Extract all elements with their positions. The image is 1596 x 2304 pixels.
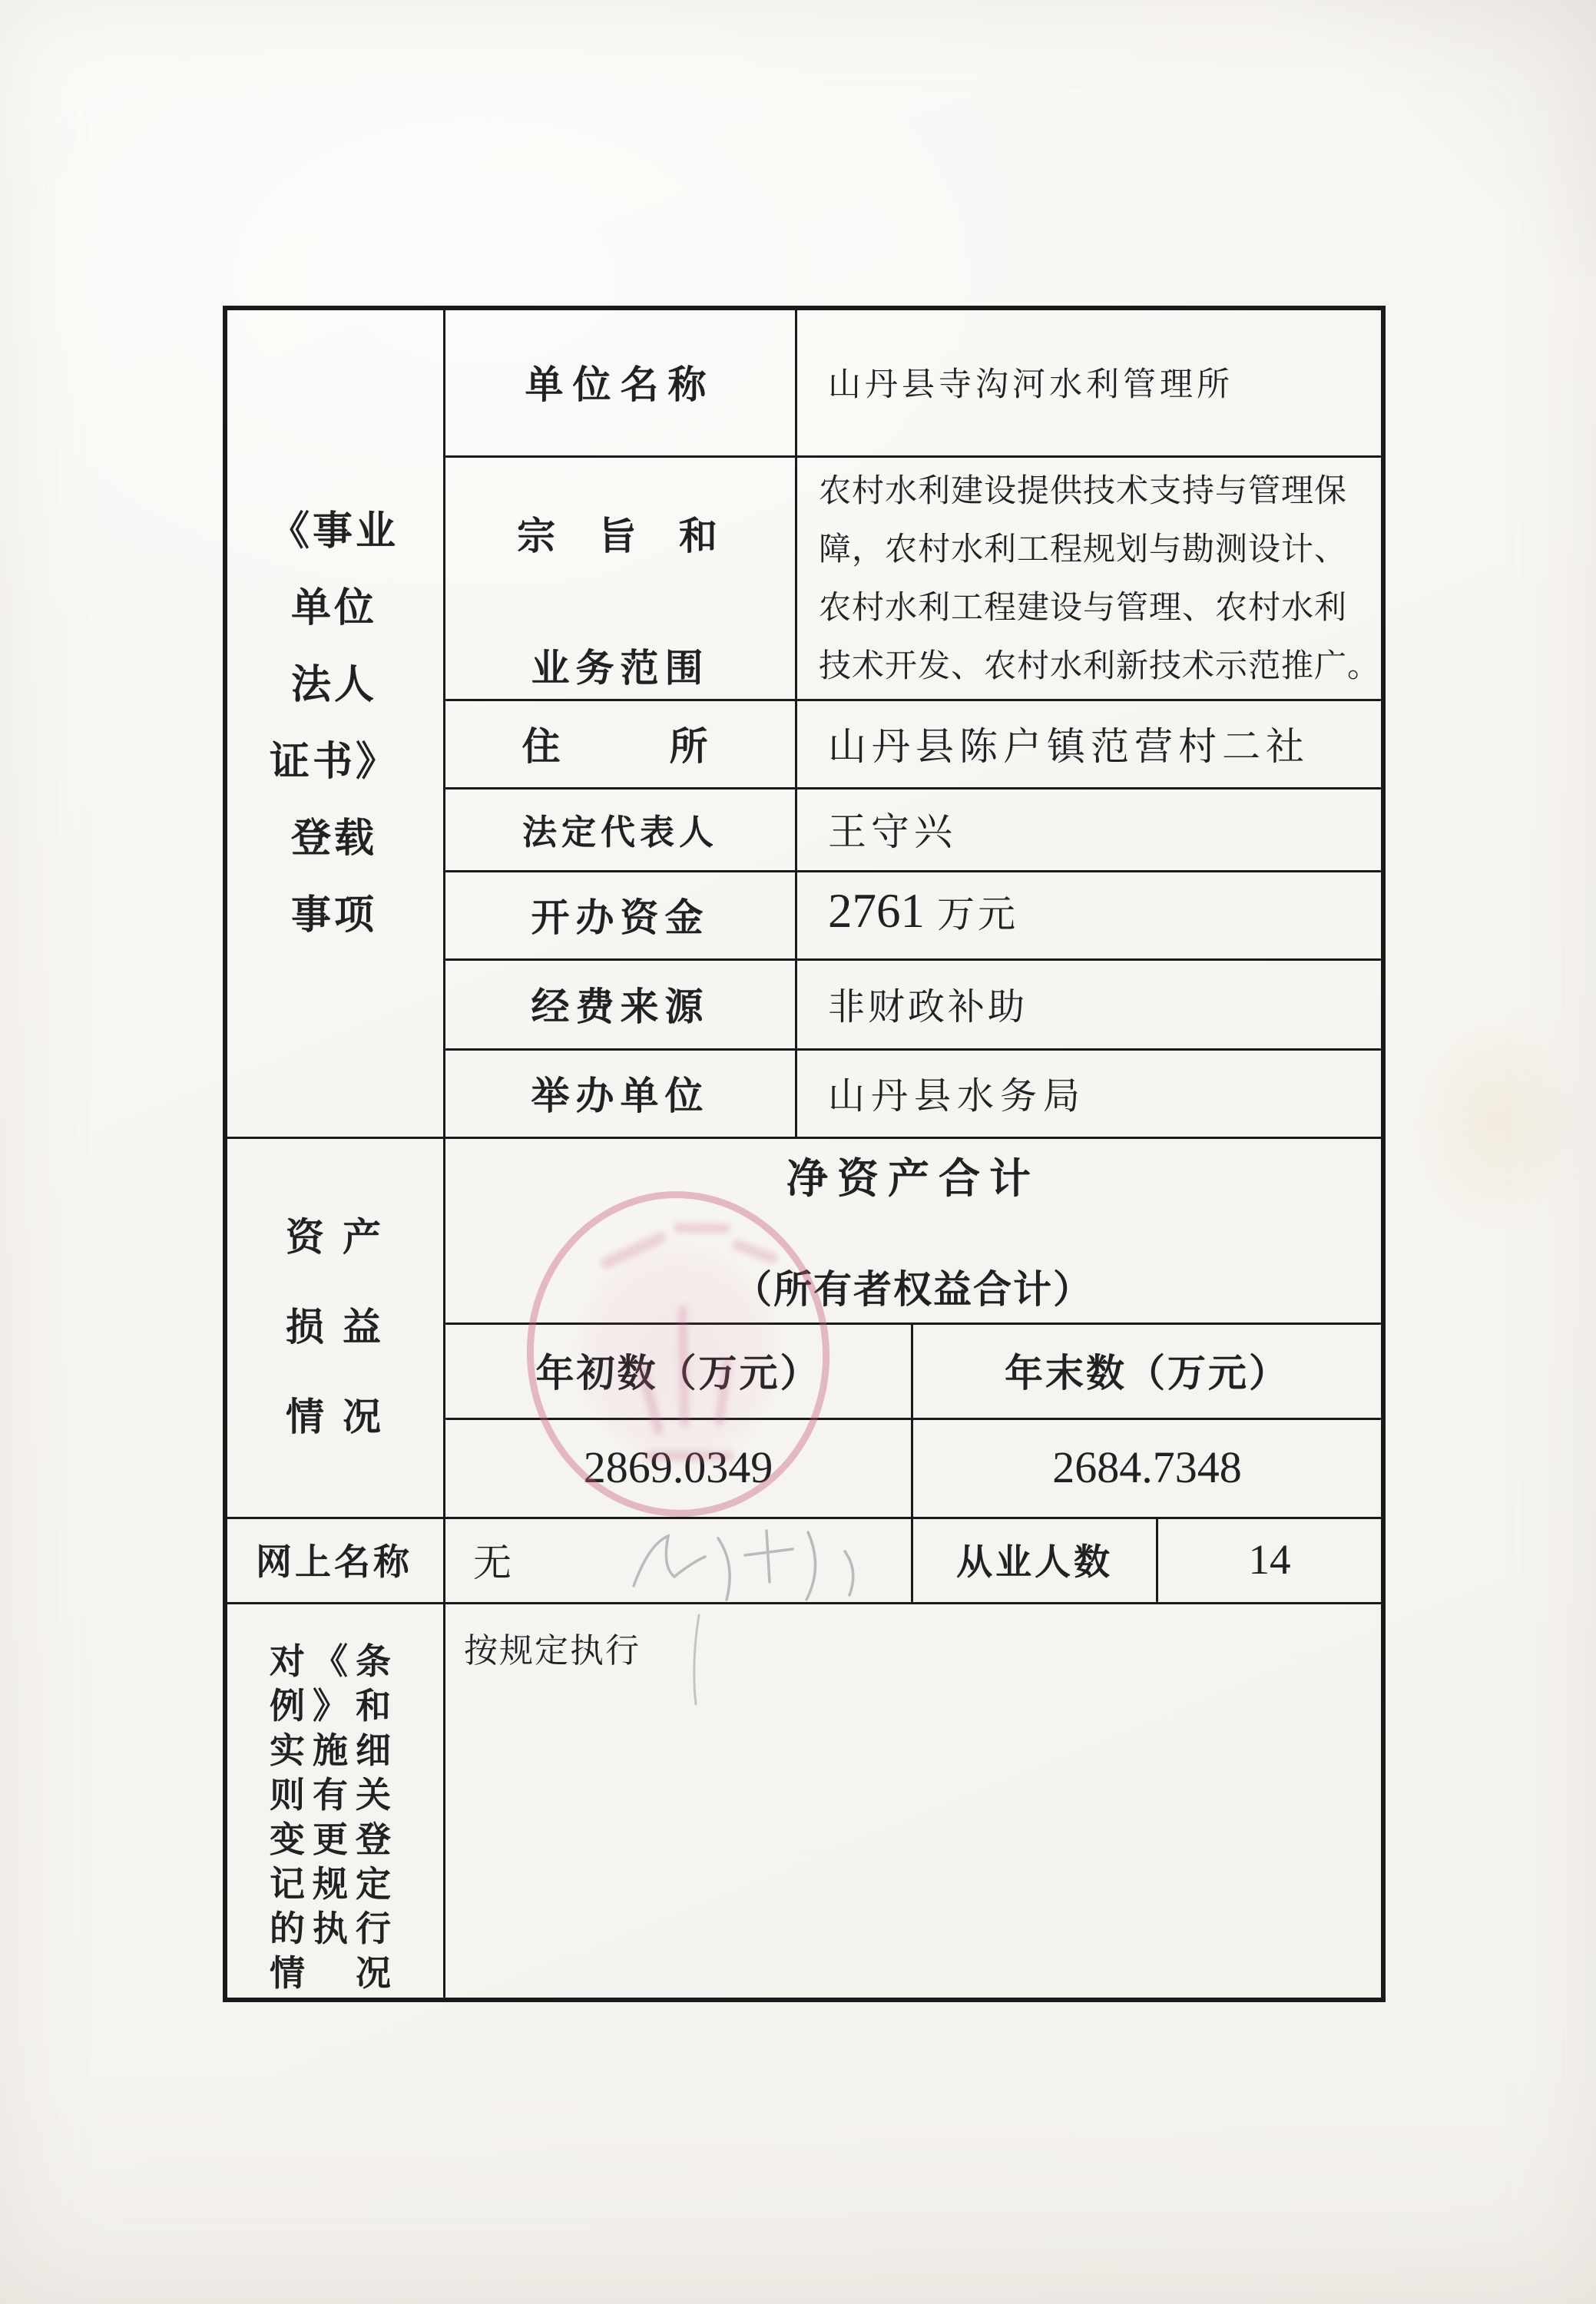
stamp-stroke xyxy=(644,1451,735,1461)
side-label-line: 对《条 xyxy=(270,1639,399,1683)
side-label-line: 的执行 xyxy=(270,1906,399,1951)
side-label-line: 法人 xyxy=(291,647,377,723)
table-border-right xyxy=(1381,306,1386,2002)
side-label-line: 情况 xyxy=(286,1372,399,1462)
mission-value-line: 障，农村水利工程规划与勘测设计、 xyxy=(819,520,1347,578)
registered-capital-value: 2761 万元 xyxy=(797,872,1379,956)
mission-value-line: 技术开发、农村水利新技术示范推广。 xyxy=(819,637,1380,695)
side-label-line: 记规定 xyxy=(270,1862,399,1906)
online-name-label: 网上名称 xyxy=(227,1519,441,1600)
side-label-line: 损益 xyxy=(286,1282,399,1372)
staff-count-value: 14 xyxy=(1158,1519,1381,1600)
scan-edge-shading xyxy=(0,2074,1596,2304)
capital-unit: 万元 xyxy=(937,885,1018,938)
side-label-line: 实施细 xyxy=(270,1728,399,1773)
legal-representative-value: 王守兴 xyxy=(797,790,1379,868)
pencil-scribble xyxy=(614,1509,868,1624)
mission-value-line: 农村水利建设提供技术支持与管理保 xyxy=(819,462,1347,520)
unit-name-label: 单位名称 xyxy=(445,308,795,455)
mission-label-line: 宗 旨 和 xyxy=(517,505,723,561)
funding-source-label: 经费来源 xyxy=(445,961,795,1046)
mission-value-line: 农村水利工程建设与管理、农村水利 xyxy=(819,578,1347,637)
scan-corner-shading xyxy=(1267,0,1596,276)
stamp-stroke xyxy=(599,1230,668,1270)
stamp-stroke xyxy=(636,1362,664,1435)
registered-capital-label: 开办资金 xyxy=(445,872,795,956)
side-label-line: 变更登 xyxy=(270,1817,399,1862)
scan-smudge xyxy=(1417,1014,1578,1229)
scanned-document-page: 《事业 单位 法人 证书》 登载 事项 单位名称 山丹县寺沟河水利管理所 宗 旨… xyxy=(0,0,1596,2304)
pencil-scribble-tail xyxy=(676,1609,722,1709)
side-label-line: 事项 xyxy=(291,877,377,954)
organizer-label: 举办单位 xyxy=(445,1051,795,1134)
side-label-line: 证书》 xyxy=(270,723,399,800)
capital-amount: 2761 xyxy=(828,883,925,939)
funding-source-value: 非财政补助 xyxy=(797,961,1379,1046)
side-label-line: 情 况 xyxy=(270,1951,399,1995)
mission-label: 宗 旨 和 业务范围 xyxy=(445,458,795,699)
side-label-line: 则有关 xyxy=(270,1773,399,1817)
end-of-year-value: 2684.7348 xyxy=(913,1420,1381,1514)
address-value: 山丹县陈户镇范营村二社 xyxy=(797,701,1379,785)
compliance-content: 按规定执行 xyxy=(445,1604,1381,1996)
organizer-value: 山丹县水务局 xyxy=(797,1051,1379,1134)
address-label: 住 所 xyxy=(445,701,795,785)
side-label-line: 例》和 xyxy=(270,1683,399,1728)
side-label-line: 登载 xyxy=(291,800,377,877)
staff-count-label: 从业人数 xyxy=(913,1519,1156,1600)
stamp-stroke xyxy=(730,1238,779,1265)
side-label-line: 《事业 xyxy=(270,493,399,570)
stamp-stroke xyxy=(678,1305,689,1428)
end-of-year-header: 年末数（万元） xyxy=(913,1325,1381,1415)
net-assets-title: 净资产合计 xyxy=(786,1146,1040,1205)
assets-section-side-label: 资产 损益 情况 xyxy=(227,1139,441,1514)
certificate-section-side-label: 《事业 单位 法人 证书》 登载 事项 xyxy=(227,310,441,1137)
side-label-line: 资产 xyxy=(286,1192,399,1282)
compliance-section-side-label: 对《条 例》和 实施细 则有关 变更登 记规定 的执行 情 况 xyxy=(227,1604,441,1996)
side-label-line: 单位 xyxy=(291,570,377,647)
stamp-stroke xyxy=(714,1359,732,1427)
mission-label-line: 业务范围 xyxy=(531,637,710,693)
table-border-bottom xyxy=(223,1998,1386,2002)
unit-name-value: 山丹县寺沟河水利管理所 xyxy=(797,308,1379,455)
mission-value: 农村水利建设提供技术支持与管理保 障，农村水利工程规划与勘测设计、 农村水利工程… xyxy=(797,458,1379,699)
stamp-stroke xyxy=(674,1223,730,1233)
legal-representative-label: 法定代表人 xyxy=(445,790,795,868)
